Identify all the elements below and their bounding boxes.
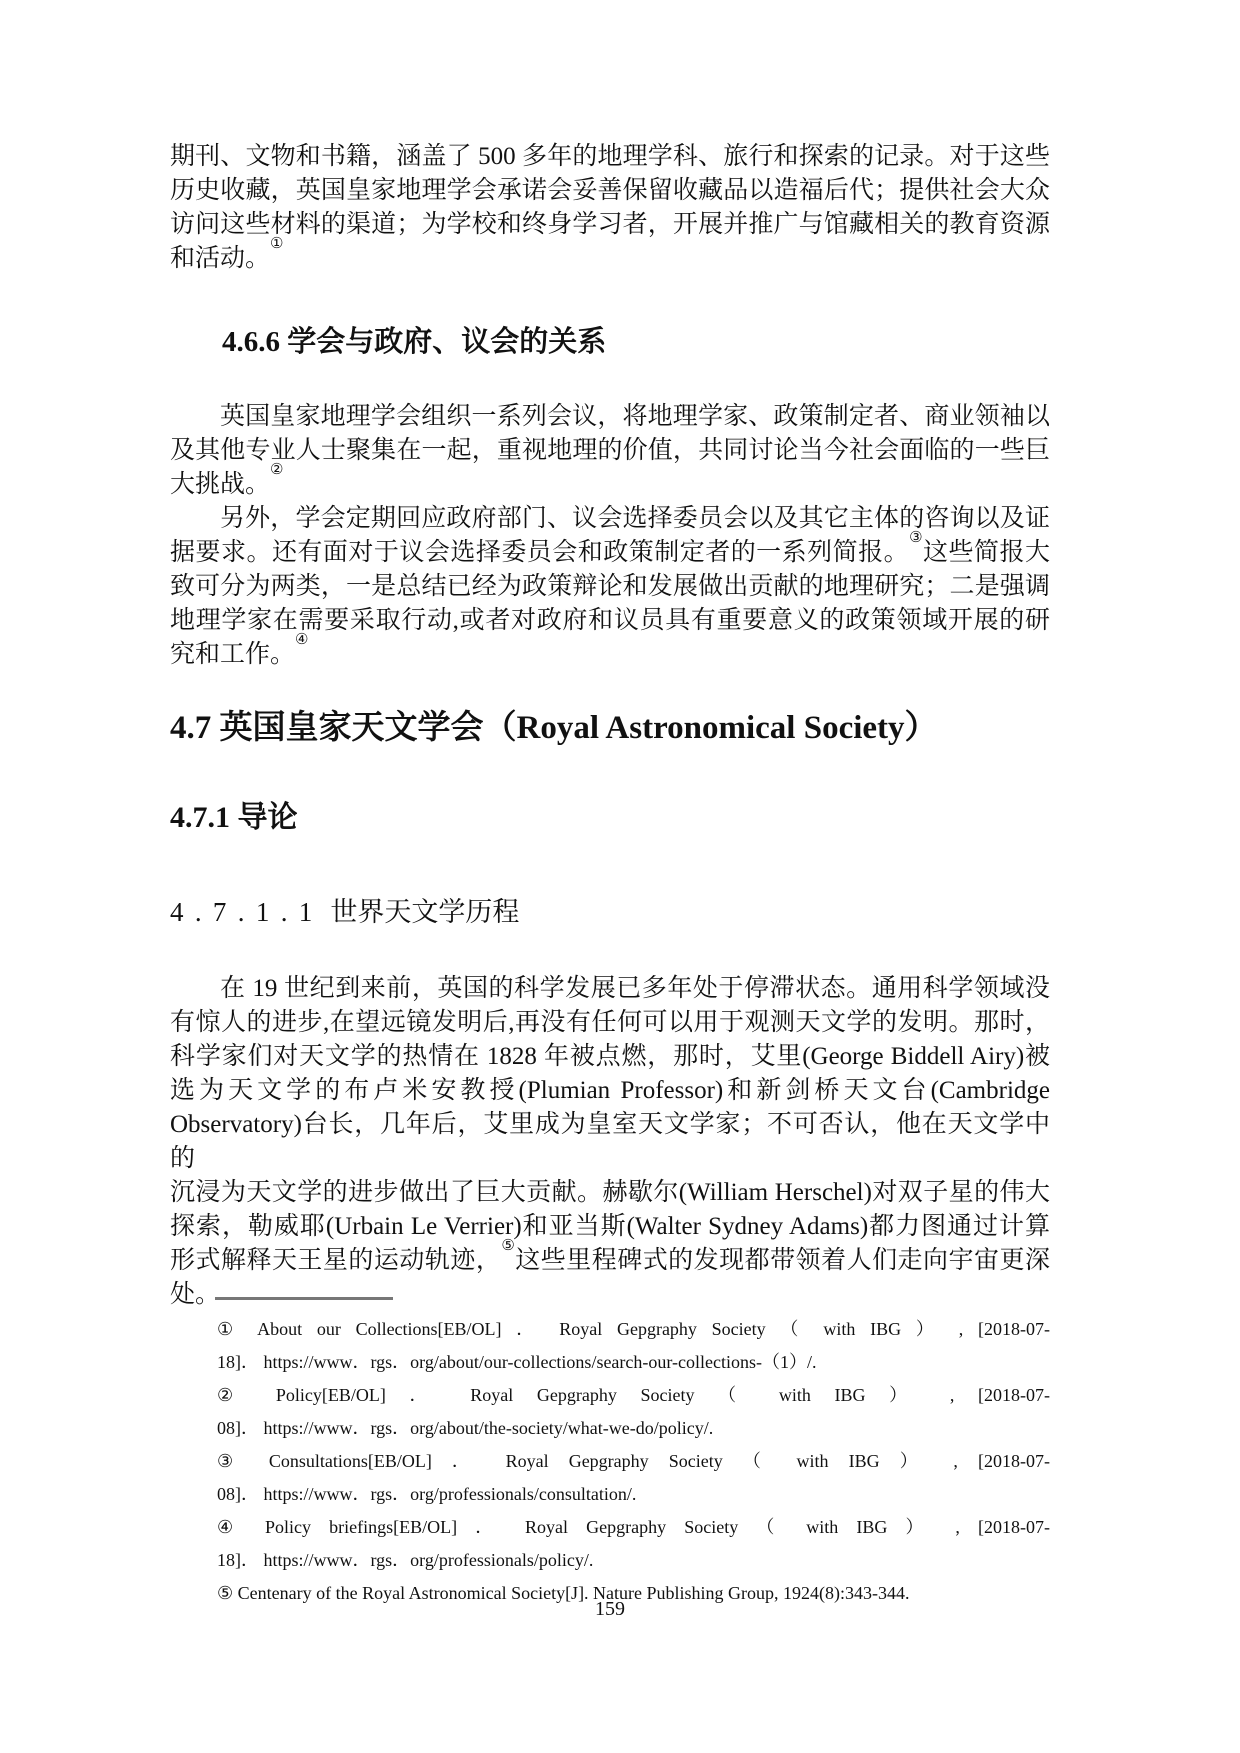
page-number: 159	[170, 1596, 1050, 1622]
text-run: 在 19 世纪到来前，英国的科学发展已多年处于停滞状态。通用科学领域没	[220, 975, 1050, 1002]
heading-title: 世界天文学历程	[330, 897, 519, 927]
document-page: { "document": { "page_number": "159", "b…	[0, 0, 1240, 1753]
paragraph-line: 探索，勒威耶(Urbain Le Verrier)和亚当斯(Walter Syd…	[170, 1210, 1050, 1244]
document-body: 期刊、文物和书籍，涵盖了 500 多年的地理学科、旅行和探索的记录。对于这些历史…	[170, 140, 1050, 1312]
paragraph-line: 有惊人的进步,在望远镜发明后,再没有任何可以用于观测天文学的发明。那时，	[170, 1006, 1050, 1040]
section-heading-level1: 4.7 英国皇家天文学会（Royal Astronomical Society）	[170, 705, 1050, 751]
footnote-line: 08]． https://www．rgs．org/about/the-socie…	[217, 1412, 1050, 1445]
paragraph: 另外，学会定期回应政府部门、议会选择委员会以及其它主体的咨询以及证据要求。还有面…	[170, 502, 1050, 672]
text-run: 据要求。还有面对于议会选择委员会和政策制定者的一系列简报。	[170, 539, 909, 566]
paragraph: 英国皇家地理学会组织一系列会议，将地理学家、政策制定者、商业领袖以及其他专业人士…	[170, 400, 1050, 502]
section-heading-level3: 4.6.6 学会与政府、议会的关系	[170, 322, 1050, 362]
footnote-line: 08]． https://www．rgs．org/professionals/c…	[217, 1478, 1050, 1511]
text-run: 这些简报大	[923, 539, 1050, 566]
text-run: 科学家们对天文学的热情在 1828 年被点燃，那时，艾里(George Bidd…	[170, 1043, 1050, 1070]
paragraph-line: 据要求。还有面对于议会选择委员会和政策制定者的一系列简报。③这些简报大	[170, 536, 1050, 570]
text-run: 另外，学会定期回应政府部门、议会选择委员会以及其它主体的咨询以及证	[220, 505, 1050, 532]
footnote-line: 18]． https://www．rgs．org/professionals/p…	[217, 1544, 1050, 1577]
paragraph-line: 期刊、文物和书籍，涵盖了 500 多年的地理学科、旅行和探索的记录。对于这些	[170, 140, 1050, 174]
footnote-reference: ①	[270, 236, 283, 252]
paragraph-line: 历史收藏，英国皇家地理学会承诺会妥善保留收藏品以造福后代；提供社会大众	[170, 174, 1050, 208]
paragraph: 在 19 世纪到来前，英国的科学发展已多年处于停滞状态。通用科学领域没有惊人的进…	[170, 972, 1050, 1312]
paragraph: 期刊、文物和书籍，涵盖了 500 多年的地理学科、旅行和探索的记录。对于这些历史…	[170, 140, 1050, 276]
paragraph-line: 致可分为两类，一是总结已经为政策辩论和发展做出贡献的地理研究；二是强调	[170, 570, 1050, 604]
footnote-line: ④ Policy briefings[EB/OL] ． Royal Gepgra…	[217, 1511, 1050, 1544]
text-run: 探索，勒威耶(Urbain Le Verrier)和亚当斯(Walter Syd…	[170, 1213, 1050, 1240]
paragraph-line: 形式解释天王星的运动轨迹，⑤这些里程碑式的发现都带领着人们走向宇宙更深	[170, 1244, 1050, 1278]
text-run: 有惊人的进步,在望远镜发明后,再没有任何可以用于观测天文学的发明。那时，	[170, 1009, 1050, 1036]
footnote: ③ Consultations[EB/OL] ． Royal Gepgraphy…	[170, 1445, 1050, 1511]
paragraph-line: Observatory)台长，几年后，艾里成为皇室天文学家；不可否认，他在天文学…	[170, 1108, 1050, 1176]
paragraph-line: 访问这些材料的渠道；为学校和终身学习者，开展并推广与馆藏相关的教育资源	[170, 208, 1050, 242]
text-run: 及其他专业人士聚集在一起，重视地理的价值，共同讨论当今社会面临的一些巨	[170, 437, 1050, 464]
text-run: Observatory)台长，几年后，艾里成为皇室天文学家；不可否认，他在天文学…	[170, 1111, 1050, 1172]
footnote-line: 18]． https://www．rgs．org/about/our-colle…	[217, 1346, 1050, 1379]
text-run: 历史收藏，英国皇家地理学会承诺会妥善保留收藏品以造福后代；提供社会大众	[170, 177, 1050, 204]
footnote-reference: ④	[295, 632, 308, 648]
footnote-list: ① About our Collections[EB/OL] ． Royal G…	[170, 1300, 1050, 1610]
paragraph-line: 在 19 世纪到来前，英国的科学发展已多年处于停滞状态。通用科学领域没	[170, 972, 1050, 1006]
text-run: 英国皇家地理学会组织一系列会议，将地理学家、政策制定者、商业领袖以	[220, 403, 1050, 430]
text-run: 和活动。	[170, 245, 270, 272]
footnote-line: ② Policy[EB/OL] ． Royal Gepgraphy Societ…	[217, 1379, 1050, 1412]
heading-number: 4.7.1.1	[170, 897, 324, 927]
footnote-line: ③ Consultations[EB/OL] ． Royal Gepgraphy…	[217, 1445, 1050, 1478]
text-run: 选为天文学的布卢米安教授(Plumian Professor)和新剑桥天文台(C…	[170, 1077, 1050, 1104]
footnote: ④ Policy briefings[EB/OL] ． Royal Gepgra…	[170, 1511, 1050, 1577]
text-run: 究和工作。	[170, 641, 295, 668]
paragraph-line: 选为天文学的布卢米安教授(Plumian Professor)和新剑桥天文台(C…	[170, 1074, 1050, 1108]
paragraph-line: 科学家们对天文学的热情在 1828 年被点燃，那时，艾里(George Bidd…	[170, 1040, 1050, 1074]
section-heading-level4: 4.7.1.1 世界天文学历程	[170, 893, 1050, 931]
text-run: 形式解释天王星的运动轨迹，	[170, 1247, 501, 1274]
text-run: 期刊、文物和书籍，涵盖了 500 多年的地理学科、旅行和探索的记录。对于这些	[170, 143, 1050, 170]
text-run: 地理学家在需要采取行动,或者对政府和议员具有重要意义的政策领域开展的研	[170, 607, 1050, 634]
paragraph-line: 究和工作。④	[170, 638, 1050, 672]
text-run: 致可分为两类，一是总结已经为政策辩论和发展做出贡献的地理研究；二是强调	[170, 573, 1050, 600]
footnote: ① About our Collections[EB/OL] ． Royal G…	[170, 1313, 1050, 1379]
paragraph-line: 沉浸为天文学的进步做出了巨大贡献。赫歇尔(William Herschel)对双…	[170, 1176, 1050, 1210]
paragraph-line: 英国皇家地理学会组织一系列会议，将地理学家、政策制定者、商业领袖以	[170, 400, 1050, 434]
footnote-reference: ③	[909, 530, 923, 546]
footnote: ② Policy[EB/OL] ． Royal Gepgraphy Societ…	[170, 1379, 1050, 1445]
footnote-reference: ⑤	[501, 1238, 515, 1254]
footnote-area: ① About our Collections[EB/OL] ． Royal G…	[170, 1297, 1050, 1610]
text-run: 这些里程碑式的发现都带领着人们走向宇宙更深	[515, 1247, 1050, 1274]
section-heading-level2: 4.7.1 导论	[170, 797, 1050, 839]
text-run: 沉浸为天文学的进步做出了巨大贡献。赫歇尔(William Herschel)对双…	[170, 1179, 1050, 1206]
paragraph-line: 及其他专业人士聚集在一起，重视地理的价值，共同讨论当今社会面临的一些巨	[170, 434, 1050, 468]
text-run: 访问这些材料的渠道；为学校和终身学习者，开展并推广与馆藏相关的教育资源	[170, 211, 1050, 238]
text-run: 大挑战。	[170, 471, 270, 498]
footnote-line: ① About our Collections[EB/OL] ． Royal G…	[217, 1313, 1050, 1346]
footnote-reference: ②	[270, 462, 283, 478]
paragraph-line: 大挑战。②	[170, 468, 1050, 502]
paragraph-line: 和活动。①	[170, 242, 1050, 276]
